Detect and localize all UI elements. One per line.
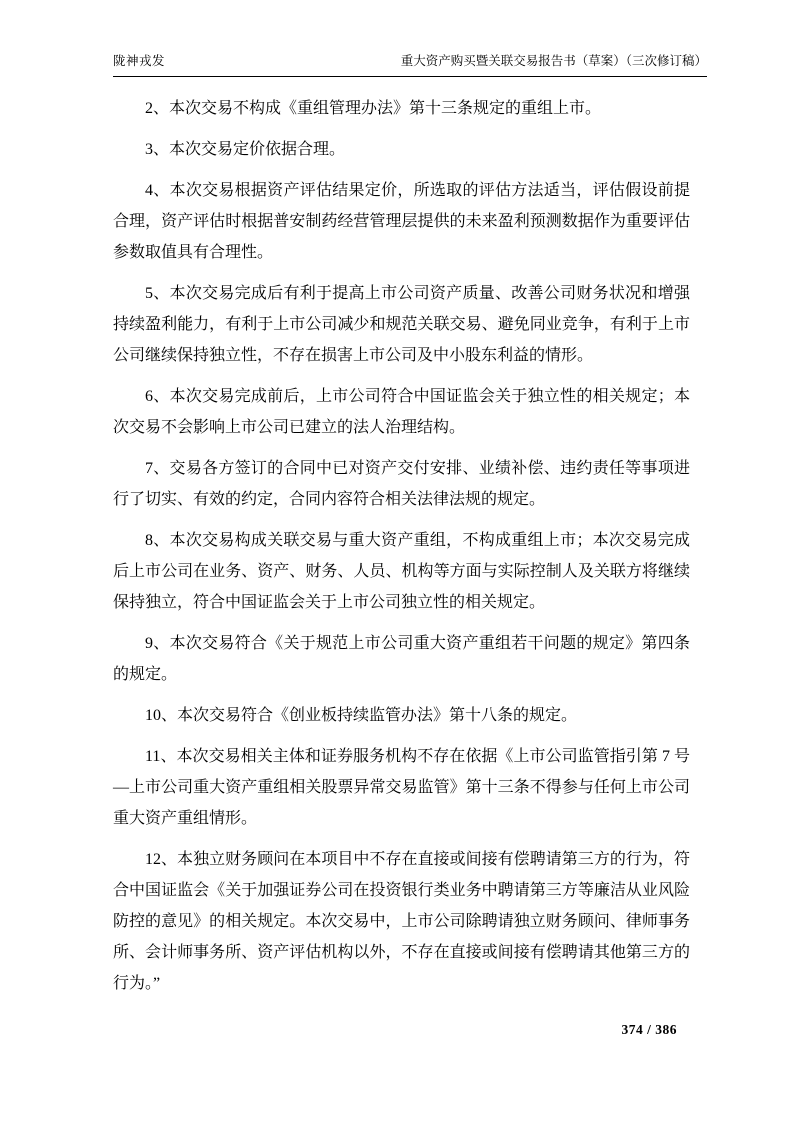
page-header: 陇神戎发 重大资产购买暨关联交易报告书（草案）（三次修订稿）	[113, 54, 707, 77]
body-paragraph: 10、本次交易符合《创业板持续监管办法》第十八条的规定。	[113, 700, 690, 731]
header-company-name: 陇神戎发	[113, 54, 165, 70]
document-body: 2、本次交易不构成《重组管理办法》第十三条规定的重组上市。 3、本次交易定价依据…	[113, 93, 690, 1009]
page-number: 374 / 386	[621, 1022, 677, 1038]
body-paragraph: 12、本独立财务顾问在本项目中不存在直接或间接有偿聘请第三方的行为，符合中国证监…	[113, 844, 690, 999]
body-paragraph: 3、本次交易定价依据合理。	[113, 134, 690, 165]
body-paragraph: 5、本次交易完成后有利于提高上市公司资产质量、改善公司财务状况和增强持续盈利能力…	[113, 278, 690, 371]
body-paragraph: 11、本次交易相关主体和证券服务机构不存在依据《上市公司监管指引第 7 号—上市…	[113, 741, 690, 834]
body-paragraph: 4、本次交易根据资产评估结果定价，所选取的评估方法适当，评估假设前提合理，资产评…	[113, 175, 690, 268]
body-paragraph: 9、本次交易符合《关于规范上市公司重大资产重组若干问题的规定》第四条的规定。	[113, 628, 690, 690]
body-paragraph: 2、本次交易不构成《重组管理办法》第十三条规定的重组上市。	[113, 93, 690, 124]
document-page: 陇神戎发 重大资产购买暨关联交易报告书（草案）（三次修订稿） 2、本次交易不构成…	[0, 0, 793, 1122]
body-paragraph: 6、本次交易完成前后，上市公司符合中国证监会关于独立性的相关规定；本次交易不会影…	[113, 381, 690, 443]
body-paragraph: 7、交易各方签订的合同中已对资产交付安排、业绩补偿、违约责任等事项进行了切实、有…	[113, 453, 690, 515]
body-paragraph: 8、本次交易构成关联交易与重大资产重组，不构成重组上市；本次交易完成后上市公司在…	[113, 525, 690, 618]
header-report-title: 重大资产购买暨关联交易报告书（草案）（三次修订稿）	[401, 54, 707, 70]
